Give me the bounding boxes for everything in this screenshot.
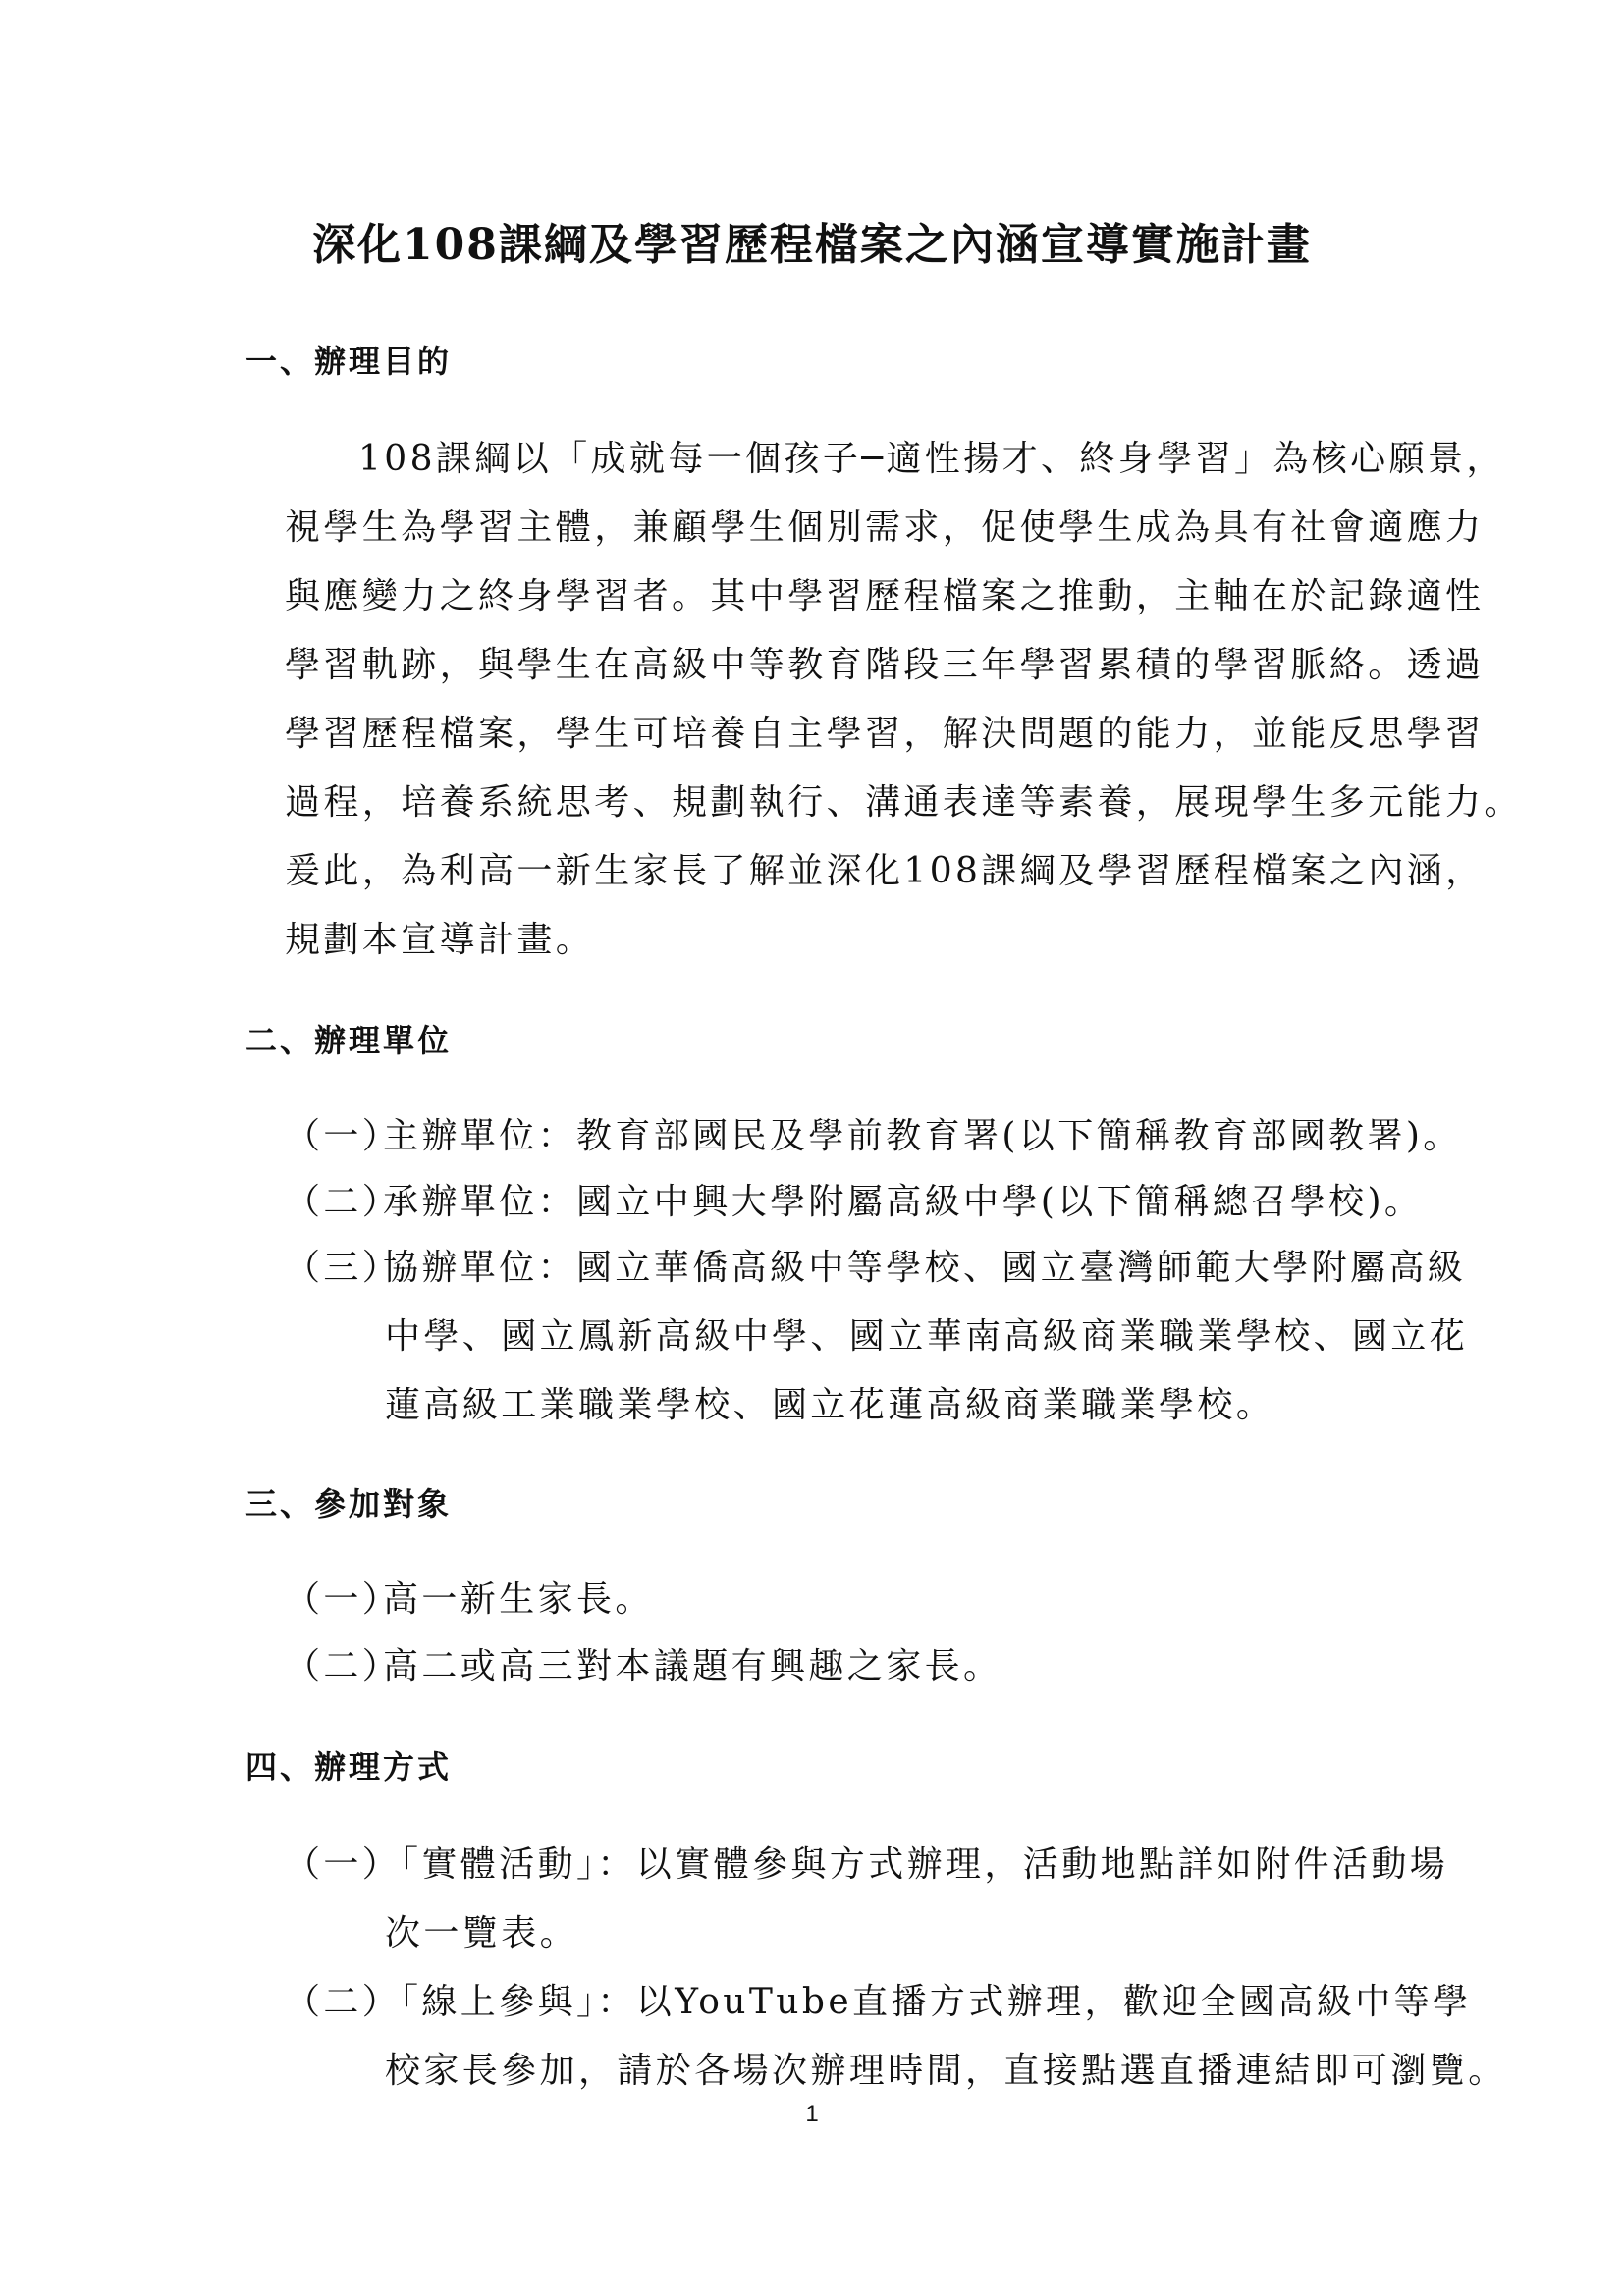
list-item-participant: （二）高二或高三對本議題有興趣之家長。 xyxy=(285,1642,1001,1691)
item-number: （一） xyxy=(285,1841,383,1890)
item-number: （一） xyxy=(285,1112,383,1161)
paragraph-line: 爰此，為利高一新生家長了解並深化108課綱及學習歷程檔案之內涵， xyxy=(285,847,1485,896)
paragraph-line: 與應變力之終身學習者。其中學習歷程檔案之推動，主軸在於記錄適性 xyxy=(285,572,1484,621)
paragraph-line: 108課綱以「成就每一個孩子─適性揚才、終身學習」為核心願景， xyxy=(358,435,1505,484)
item-text: 承辦單位：國立中興大學附屬高級中學(以下簡稱總召學校)。 xyxy=(383,1182,1423,1222)
item-text: 「實體活動」：以實體參與方式辦理，活動地點詳如附件活動場 xyxy=(383,1844,1448,1885)
item-number: （一） xyxy=(285,1575,383,1625)
item-text: 高一新生家長。 xyxy=(383,1579,654,1620)
section-heading-organizers: 二、辦理單位 xyxy=(245,1019,452,1062)
item-number: （三） xyxy=(285,1244,383,1293)
paragraph-line: 學習軌跡，與學生在高級中等教育階段三年學習累積的學習脈絡。透過 xyxy=(285,641,1484,690)
list-item-online: （二）「線上參與」：以YouTube直播方式辦理，歡迎全國高級中等學 xyxy=(285,1978,1471,2027)
paragraph-line: 學習歷程檔案，學生可培養自主學習，解決問題的能力，並能反思學習 xyxy=(285,710,1484,759)
item-continuation: 中學、國立鳳新高級中學、國立華南高級商業職業學校、國立花 xyxy=(385,1312,1468,1362)
list-item-organizer: （二）承辦單位：國立中興大學附屬高級中學(以下簡稱總召學校)。 xyxy=(285,1178,1423,1227)
item-continuation: 次一覽表。 xyxy=(385,1909,578,1958)
item-text: 高二或高三對本議題有興趣之家長。 xyxy=(383,1646,1001,1686)
item-continuation: 校家長參加，請於各場次辦理時間，直接點選直播連結即可瀏覽。 xyxy=(385,2047,1507,2096)
item-number: （二） xyxy=(285,1642,383,1691)
paragraph-line: 過程，培養系統思考、規劃執行、溝通表達等素養，展現學生多元能力。 xyxy=(285,778,1523,828)
list-item-participant: （一）高一新生家長。 xyxy=(285,1575,654,1625)
item-text: 「線上參與」：以YouTube直播方式辦理，歡迎全國高級中等學 xyxy=(383,1982,1471,2022)
list-item-co-organizers: （三）協辦單位：國立華僑高級中等學校、國立臺灣師範大學附屬高級 xyxy=(285,1244,1466,1293)
paragraph-line: 規劃本宣導計畫。 xyxy=(285,916,594,965)
list-item-in-person: （一）「實體活動」：以實體參與方式辦理，活動地點詳如附件活動場 xyxy=(285,1841,1448,1890)
item-text: 主辦單位：教育部國民及學前教育署(以下簡稱教育部國教署)。 xyxy=(383,1116,1462,1156)
list-item-host: （一）主辦單位：教育部國民及學前教育署(以下簡稱教育部國教署)。 xyxy=(285,1112,1462,1161)
section-heading-method: 四、辦理方式 xyxy=(245,1745,452,1789)
item-text: 協辦單位：國立華僑高級中等學校、國立臺灣師範大學附屬高級 xyxy=(383,1248,1466,1288)
item-number: （二） xyxy=(285,1178,383,1227)
item-continuation: 蓮高級工業職業學校、國立花蓮高級商業職業學校。 xyxy=(385,1381,1274,1430)
section-heading-purpose: 一、辦理目的 xyxy=(245,340,452,383)
page-number: 1 xyxy=(0,2101,1624,2128)
paragraph-line: 視學生為學習主體，兼顧學生個別需求，促使學生成為具有社會適應力 xyxy=(285,504,1484,553)
item-number: （二） xyxy=(285,1978,383,2027)
document-title: 深化108課綱及學習歷程檔案之內涵宣導實施計畫 xyxy=(0,216,1624,275)
section-heading-participants: 三、參加對象 xyxy=(245,1482,452,1525)
document-page: 深化108課綱及學習歷程檔案之內涵宣導實施計畫 一、辦理目的 108課綱以「成就… xyxy=(0,0,1624,2296)
